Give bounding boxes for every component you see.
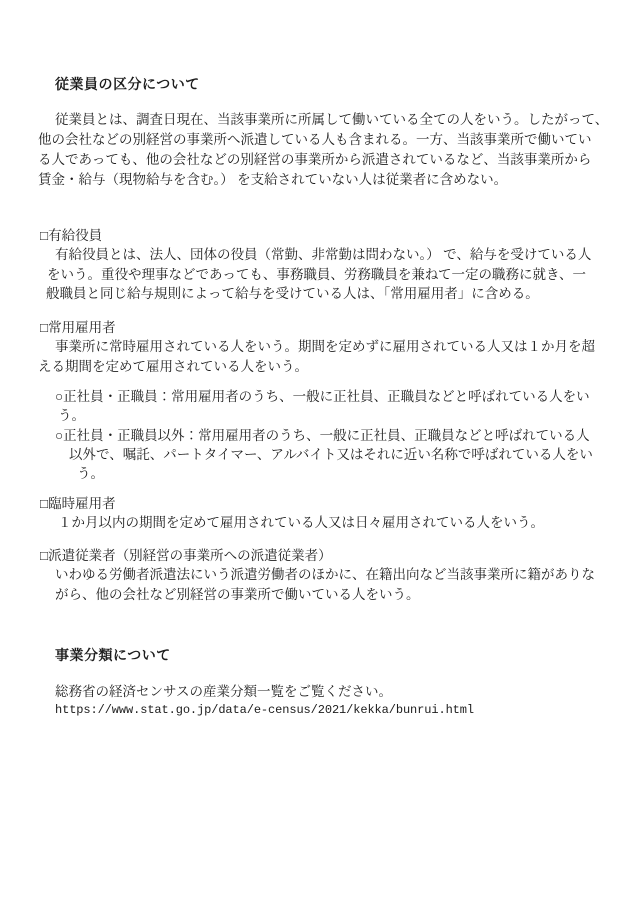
text-line: る人であっても、他の会社などの別経営の事業所から派遣されているなど、当該事業所か… (38, 150, 612, 170)
sub-item-line: う。 (38, 464, 612, 483)
text-line: 他の会社などの別経営の事業所へ派遣している人も含まれる。一方、当該事業所で働いて… (38, 130, 612, 150)
sub-item-line: ○正社員・正職員以外：常用雇用者のうち、一般に正社員、正職員などと呼ばれている人 (38, 426, 612, 445)
text-line: 有給役員とは、法人、団体の役員（常勤、非常勤は問わない。） で、給与を受けている… (38, 245, 612, 264)
text-line: 総務省の経済センサスの産業分類一覧をご覧ください。 (38, 682, 612, 701)
business-section-url: https://www.stat.go.jp/data/e-census/202… (38, 701, 612, 720)
regular-employees-heading: □常用雇用者 (38, 318, 612, 337)
text-line: える期間を定めて雇用されている人をいう。 (38, 357, 612, 376)
dispatched-workers-paragraph: □派遣従業者（別経営の事業所への派遣従業者） いわゆる労働者派遣法にいう派遣労働… (38, 546, 612, 604)
text-line: 賃金・給与（現物給与を含む。） を支給されていない人は従業者に含めない。 (38, 170, 612, 190)
dispatched-workers-heading: □派遣従業者（別経営の事業所への派遣従業者） (38, 546, 612, 565)
text-line: 般職員と同じ給与規則によって給与を受けている人は、「常用雇用者」に含める。 (38, 284, 612, 303)
sub-item-line: 以外で、嘱託、パートタイマー、アルバイト又はそれに近い名称で呼ばれている人をい (38, 445, 612, 464)
text-line: がら、他の会社など別経営の事業所で働いている人をいう。 (38, 585, 612, 604)
text-line: いわゆる労働者派遣法にいう派遣労働者のほかに、在籍出向など当該事業所に籍がありな (38, 565, 612, 584)
business-section-note: 総務省の経済センサスの産業分類一覧をご覧ください。 (38, 682, 612, 701)
employee-section: 従業員の区分について (38, 76, 612, 95)
paid-officers-paragraph: □有給役員 有給役員とは、法人、団体の役員（常勤、非常勤は問わない。） で、給与… (38, 226, 612, 303)
employee-intro-paragraph: 従業員とは、調査日現在、当該事業所に所属して働いている全ての人をいう。したがって… (38, 110, 612, 190)
url-text: https://www.stat.go.jp/data/e-census/202… (38, 701, 612, 720)
sub-item-line: ○正社員・正職員：常用雇用者のうち、一般に正社員、正職員などと呼ばれている人をい (38, 387, 612, 406)
temporary-employees-heading: □臨時雇用者 (38, 494, 612, 513)
text-line: 事業所に常時雇用されている人をいう。期間を定めずに雇用されている人又は１か月を超 (38, 337, 612, 356)
business-section-heading: 事業分類について (38, 647, 612, 666)
regular-sub-items: ○正社員・正職員：常用雇用者のうち、一般に正社員、正職員などと呼ばれている人をい… (38, 387, 612, 483)
text-line: 従業員とは、調査日現在、当該事業所に所属して働いている全ての人をいう。したがって… (38, 110, 612, 130)
paid-officers-heading: □有給役員 (38, 226, 612, 245)
text-line: １か月以内の期間を定めて雇用されている人又は日々雇用されている人をいう。 (38, 513, 612, 532)
temporary-employees-paragraph: □臨時雇用者 １か月以内の期間を定めて雇用されている人又は日々雇用されている人を… (38, 494, 612, 533)
text-line: をいう。重役や理事などであっても、事務職員、労務職員を兼ねて一定の職務に就き、一 (38, 265, 612, 284)
regular-employees-paragraph: □常用雇用者 事業所に常時雇用されている人をいう。期間を定めずに雇用されている人… (38, 318, 612, 376)
document-page: 従業員の区分について 従業員とは、調査日現在、当該事業所に所属して働いている全て… (0, 0, 630, 903)
sub-item-line: う。 (38, 406, 612, 425)
business-section: 事業分類について (38, 647, 612, 666)
employee-section-heading: 従業員の区分について (38, 76, 612, 95)
